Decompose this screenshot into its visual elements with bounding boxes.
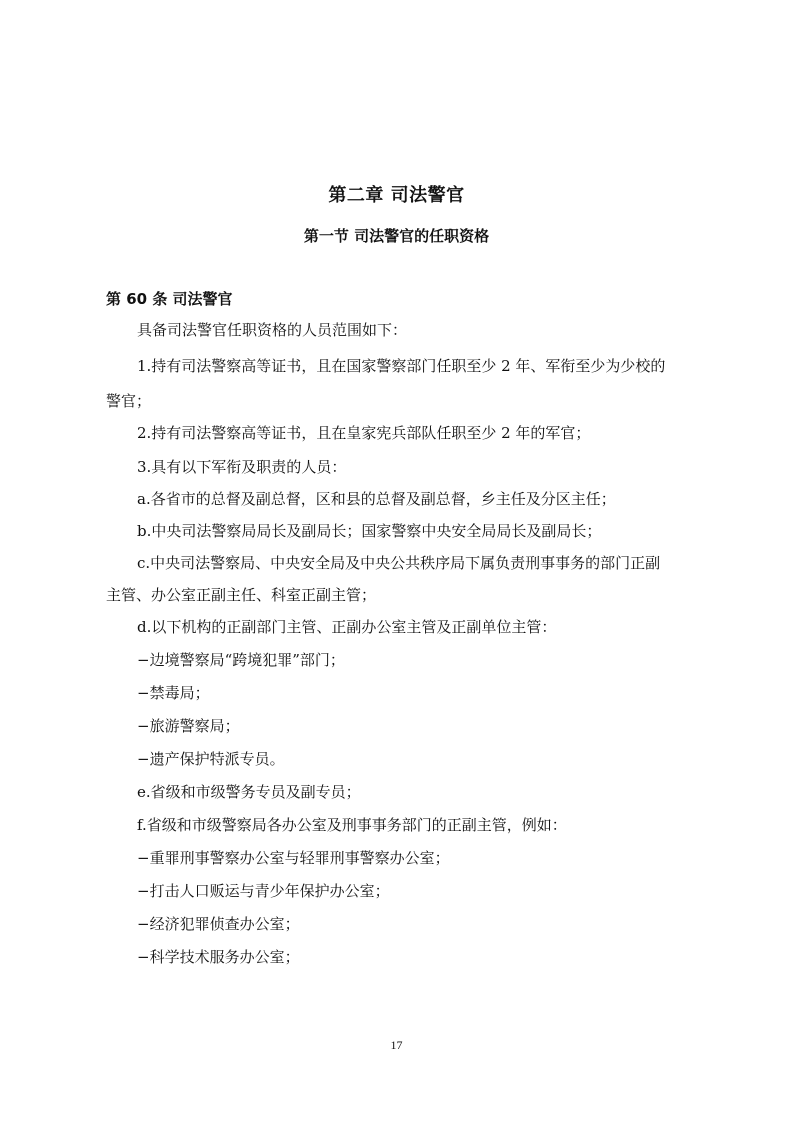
sub-item-line: −遗产保护特派专员。 xyxy=(137,749,285,769)
article-title: 第 60 条 司法警官 xyxy=(106,288,233,309)
sub-item-line: −边境警察局“跨境犯罪”部门； xyxy=(137,650,345,670)
item-3e-line: e.省级和市级警务专员及副专员； xyxy=(137,782,361,802)
item-2-line: 2.持有司法警察高等证书，且在皇家宪兵部队任职至少 2 年的军官； xyxy=(137,423,590,443)
item-3c-line-1: c.中央司法警察局、中央安全局及中央公共秩序局下属负责刑事事务的部门正副 xyxy=(137,553,660,573)
chapter-title: 第二章 司法警官 xyxy=(0,181,793,207)
item-3a-line: a.各省市的总督及副总督，区和县的总督及副总督，乡主任及分区主任； xyxy=(137,489,616,509)
item-1-line-1: 1.持有司法警察高等证书，且在国家警察部门任职至少 2 年、军衔至少为少校的 xyxy=(137,356,665,376)
document-page: 第二章 司法警官 第一节 司法警官的任职资格 第 60 条 司法警官 具备司法警… xyxy=(0,0,793,1122)
item-3c-line-2: 主管、办公室正副主任、科室正副主管； xyxy=(106,585,376,605)
sub-item-line: −打击人口贩运与青少年保护办公室； xyxy=(137,881,390,901)
sub-item-line: −科学技术服务办公室； xyxy=(137,947,300,967)
intro-line: 具备司法警官任职资格的人员范围如下： xyxy=(137,320,407,340)
sub-item-line: −旅游警察局； xyxy=(137,716,240,736)
item-3b-line: b.中央司法警察局局长及副局长；国家警察中央安全局局长及副局长； xyxy=(137,521,601,541)
item-3-line: 3.具有以下军衔及职责的人员： xyxy=(137,457,346,477)
sub-item-line: −禁毒局； xyxy=(137,683,210,703)
item-3d-line: d.以下机构的正副部门主管、正副办公室主管及正副单位主管： xyxy=(137,617,556,637)
sub-item-line: −经济犯罪侦查办公室； xyxy=(137,914,300,934)
item-3f-line: f.省级和市级警察局各办公室及刑事事务部门的正副主管，例如： xyxy=(137,815,567,835)
section-title: 第一节 司法警官的任职资格 xyxy=(0,225,793,246)
sub-item-line: −重罪刑事警察办公室与轻罪刑事警察办公室； xyxy=(137,848,450,868)
page-number: 17 xyxy=(0,1038,793,1053)
item-1-line-2: 警官； xyxy=(106,391,151,411)
